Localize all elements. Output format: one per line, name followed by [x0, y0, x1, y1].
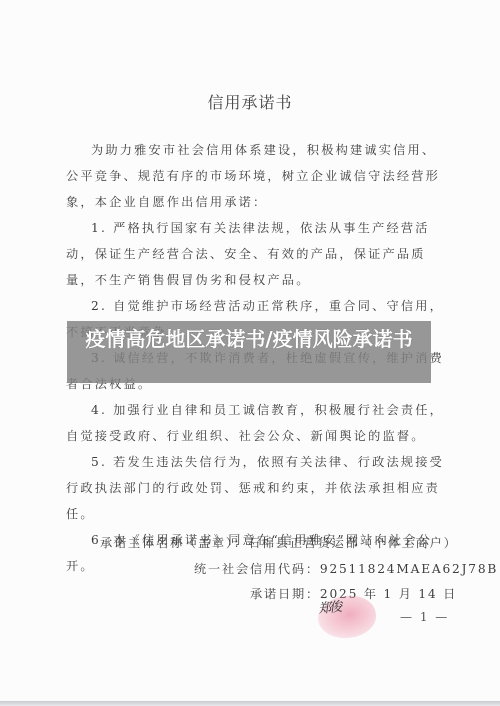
credit-code: 统一社会信用代码：92511824MAEA62J78B	[194, 560, 498, 577]
intro-paragraph: 为助力雅安市社会信用体系建设，积极构建诚实信用、公平竞争、规范有序的市场环境，树…	[66, 137, 450, 215]
commitment-item-1: 1. 严格执行国家有关法律法规，依法从事生产经营活动，保证生产经营合法、安全、有…	[66, 215, 450, 293]
document-title: 信用承诺书	[0, 90, 500, 113]
page-number: — 1 —	[400, 610, 449, 624]
page-edge-divider	[0, 701, 500, 706]
commitment-item-5: 5. 若发生违法失信行为，依照有关法律、行政法规接受行政执法部门的行政处罚、惩戒…	[66, 449, 450, 527]
commitment-item-4: 4. 加强行业自律和员工诚信教育，积极履行社会责任，自觉接受政府、行业组织、社会…	[66, 397, 450, 449]
handwritten-signature: 郑俊	[317, 596, 341, 617]
entity-name: 承诺主体名称（盖章）：石棉县正营货运部（个体工商户）	[100, 534, 458, 551]
caption-overlay-text: 疫情高危地区承诺书/疫情风险承诺书	[67, 321, 431, 352]
